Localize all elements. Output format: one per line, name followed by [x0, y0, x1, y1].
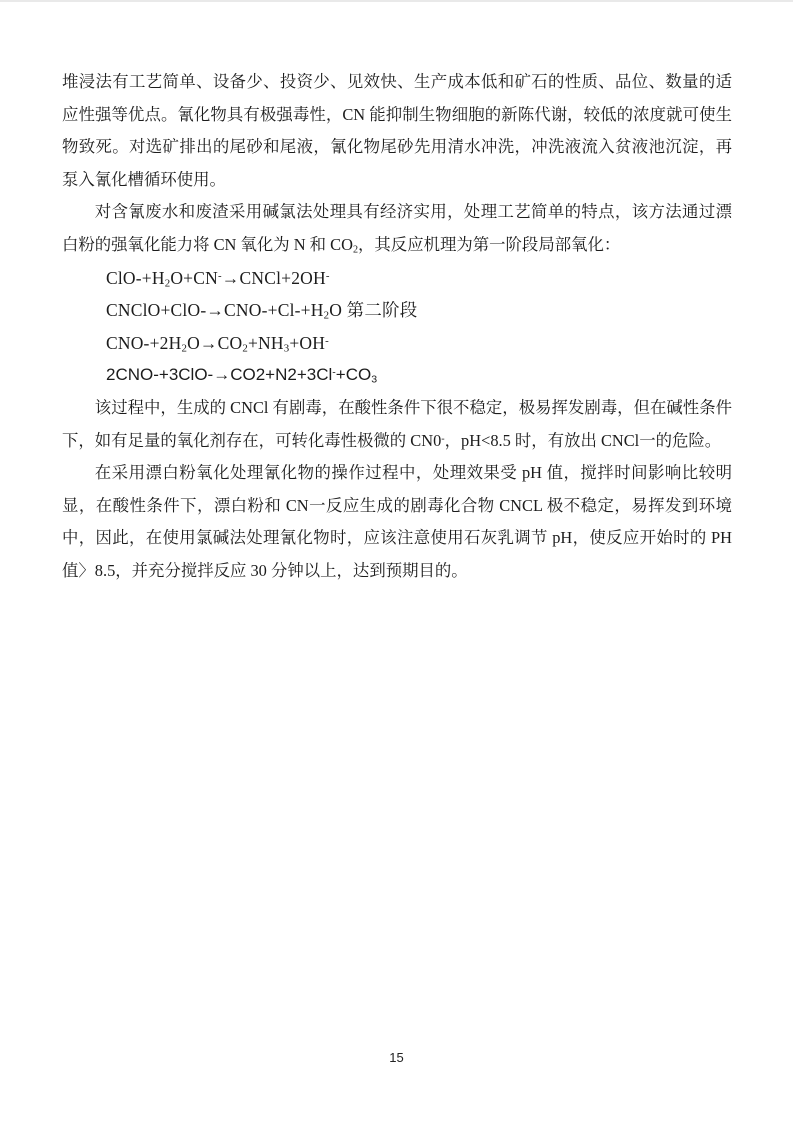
page-number: 15 [0, 1050, 793, 1065]
formula-line: CNO-+2H2O→CO2+NH3+OH- [106, 327, 732, 360]
paragraph: 对含氰废水和废渣采用碱氯法处理具有经济实用，处理工艺简单的特点，该方法通过漂白粉… [62, 196, 732, 261]
paragraph: 堆浸法有工艺简单、设备少、投资少、见效快、生产成本低和矿石的性质、品位、数量的适… [62, 66, 732, 196]
paragraph: 该过程中，生成的 CNCl 有剧毒，在酸性条件下很不稳定，极易挥发剧毒，但在碱性… [62, 392, 732, 457]
formula-line: 2CNO-+3ClO-→CO2+N2+3Cl-+CO3 [106, 359, 732, 392]
document-page: 堆浸法有工艺简单、设备少、投资少、见效快、生产成本低和矿石的性质、品位、数量的适… [0, 0, 793, 1122]
document-body: 堆浸法有工艺简单、设备少、投资少、见效快、生产成本低和矿石的性质、品位、数量的适… [62, 66, 732, 588]
paragraph: 在采用漂白粉氧化处理氰化物的操作过程中，处理效果受 pH 值，搅拌时间影响比较明… [62, 457, 732, 587]
formula-line: CNClO+ClO-→CNO-+Cl-+H2O 第二阶段 [106, 294, 732, 327]
formula-line: ClO-+H2O+CN-→CNCl+2OH- [106, 262, 732, 295]
